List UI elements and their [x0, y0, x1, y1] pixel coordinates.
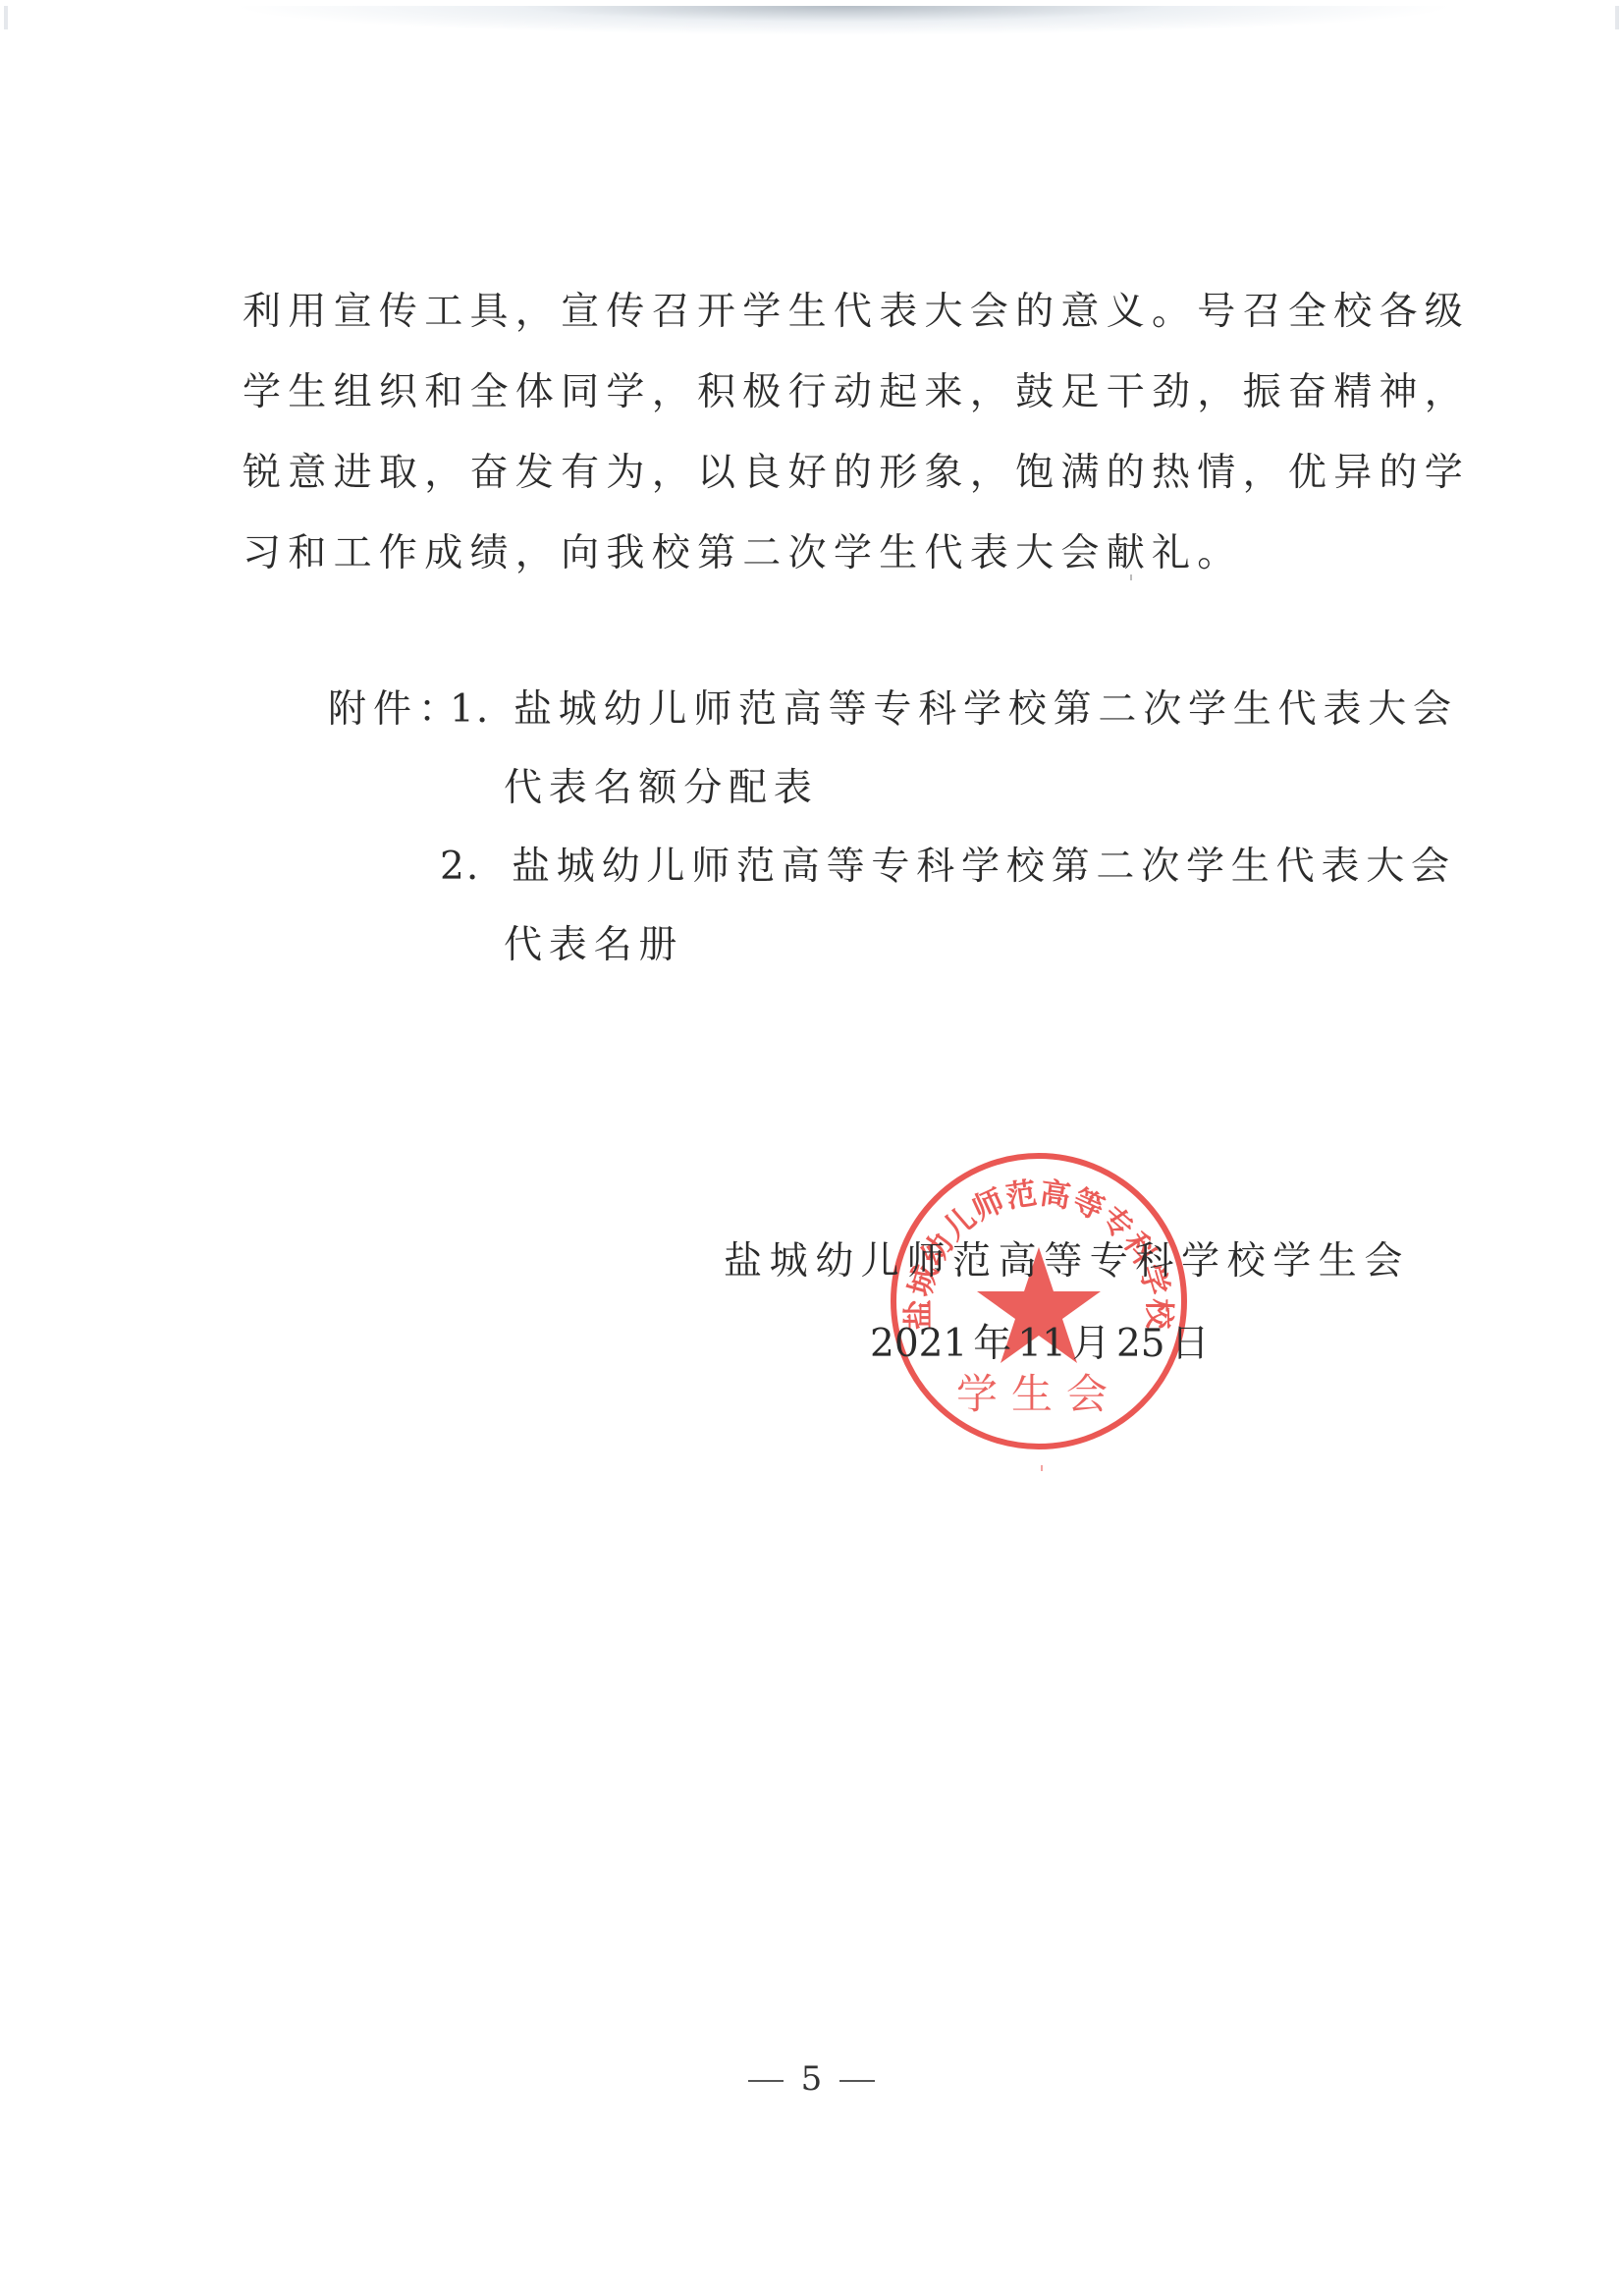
scan-edge [1615, 6, 1619, 29]
scan-speck [1041, 1465, 1043, 1471]
signature-date: 2021年11月25日 [870, 1323, 1216, 1366]
attachments-label: 附件： [328, 688, 463, 732]
page-number-value: 5 [801, 2059, 823, 2099]
signature-organization: 盐城幼儿师范高等专科学校学生会 [724, 1240, 1410, 1284]
date-year-unit: 年 [967, 1322, 1017, 1366]
dash-left [748, 2080, 784, 2082]
attachment-title-continued: 代表名额分配表 [504, 767, 819, 810]
attachment-number: 2. [440, 846, 480, 889]
date-month-unit: 月 [1066, 1322, 1116, 1366]
attachment-title-continued: 代表名册 [504, 924, 683, 967]
body-text-line: 锐意进取，奋发有为，以良好的形象，饱满的热情，优异的学 [243, 452, 1470, 495]
attachment-number: 1. [450, 688, 490, 732]
date-year: 2021 [870, 1322, 967, 1366]
date-day: 25 [1116, 1322, 1165, 1366]
official-seal-stamp: 盐城幼儿师范高等专科学校 学生会 [889, 1151, 1189, 1451]
body-text-line: 学生组织和全体同学，积极行动起来，鼓足干劲，振奋精神， [243, 371, 1470, 414]
date-month: 11 [1017, 1322, 1066, 1366]
body-text-line: 利用宣传工具，宣传召开学生代表大会的意义。号召全校各级 [243, 291, 1470, 334]
dash-right [839, 2080, 875, 2082]
attachment-title: 盐城幼儿师范高等专科学校第二次学生代表大会 [512, 846, 1456, 889]
attachment-title: 盐城幼儿师范高等专科学校第二次学生代表大会 [514, 688, 1458, 732]
scan-edge [4, 6, 8, 29]
body-text-line: 习和工作成绩，向我校第二次学生代表大会献礼。 [243, 532, 1243, 575]
scan-speck [1130, 574, 1132, 580]
stamp-center-text: 学生会 [956, 1370, 1121, 1418]
date-day-unit: 日 [1165, 1322, 1216, 1366]
page-number: 5 [0, 2059, 1623, 2099]
scan-shadow [0, 6, 1623, 45]
